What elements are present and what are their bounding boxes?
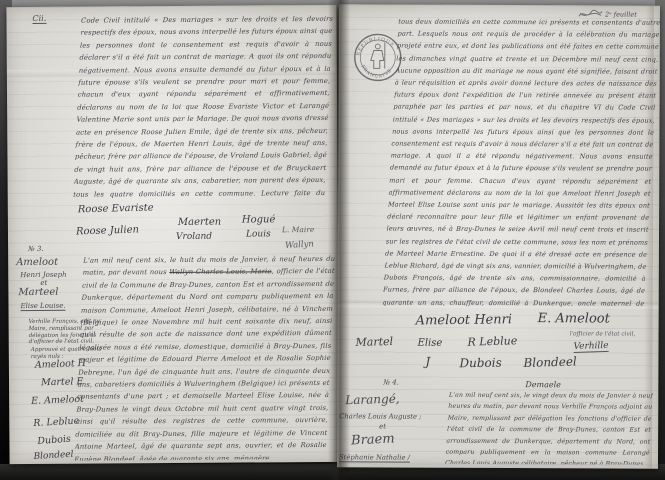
act-ameloot-text: L'an mil neuf cent six, le huit du mois … (74, 253, 335, 461)
signature-flourish: J (425, 355, 430, 369)
signature-hogue-louis: Louis (246, 229, 271, 239)
act3-conjunction: et (40, 279, 47, 287)
signature-elise: Elise (418, 338, 443, 349)
act3-groom-name: Ameloot (16, 257, 58, 268)
signature-roose-evariste: Roose Evariste (78, 202, 154, 215)
margin-signature-r-leblue: R. Leblue (33, 415, 80, 429)
signature-demaele: Demaele (525, 380, 561, 389)
act-ameloot-body: , officier de l'état civil de la Commune… (74, 267, 335, 460)
book-gutter-shadow (328, 0, 350, 480)
signature-maerten: Maerten (178, 217, 221, 228)
act4-conjunction: et (379, 422, 386, 430)
register-photo: Cii. Code Civil intitulé « Des mariages … (0, 0, 665, 480)
act3-groom-firstnames: Henri Joseph (20, 271, 66, 279)
struck-officiant-name: Wallyn Charles Louis, Marie (169, 268, 272, 277)
signature-verhille: Verhille (573, 341, 608, 353)
signature-dubois: Dubois (459, 356, 501, 371)
right-page: 2ᵉ feuillet RÉPUBLIQUE FRANÇAISE tous de… (337, 4, 660, 468)
act4-groom-name: Larangé, (345, 392, 400, 408)
left-page: Cii. Code Civil intitulé « Des mariages … (6, 5, 339, 464)
act4-number: № 4. (383, 378, 399, 386)
signature-blondeel: Blondeel (523, 354, 577, 370)
margin-signature-dubois: Dubois (37, 434, 71, 448)
margin-signature-blondeel: Blondeel (33, 450, 74, 462)
act3-number: № 3. (28, 245, 44, 253)
signature-roose-julien: Roose Julien (76, 224, 139, 237)
signature-wallyn: Wallyn (285, 239, 314, 251)
signature-e-ameloot: E. Ameloot (538, 311, 610, 326)
signature-vroland: Vroland (176, 232, 212, 242)
officer-title-label: l'officier de l'état civil, (570, 331, 636, 337)
act-roose-text: Code Civil intitulé « Des mariages » sur… (73, 13, 334, 203)
act4-bride-name: Braem (351, 431, 395, 448)
act-ameloot-continued-text: tous deux domiciliés en cette commune ic… (382, 16, 660, 311)
signature-r-leblue: R Leblue (467, 334, 517, 349)
act3-bride-name: Marteel (18, 287, 58, 298)
act3-bride-firstnames: Elise Louise. (20, 302, 65, 311)
act4-groom-firstnames: Charles Louis Auguste ; (339, 412, 421, 420)
signature-maire-label: L. Maire (282, 225, 314, 234)
act-larange-text: L'an mil neuf cent six, le vingt deux du… (445, 390, 653, 465)
signature-ameloot-henri: Ameloot Henri (416, 312, 513, 328)
signature-hogue: Hogué (242, 214, 276, 225)
paraph-mark: Cii. (32, 14, 46, 24)
signature-martel: Martel (355, 335, 393, 349)
